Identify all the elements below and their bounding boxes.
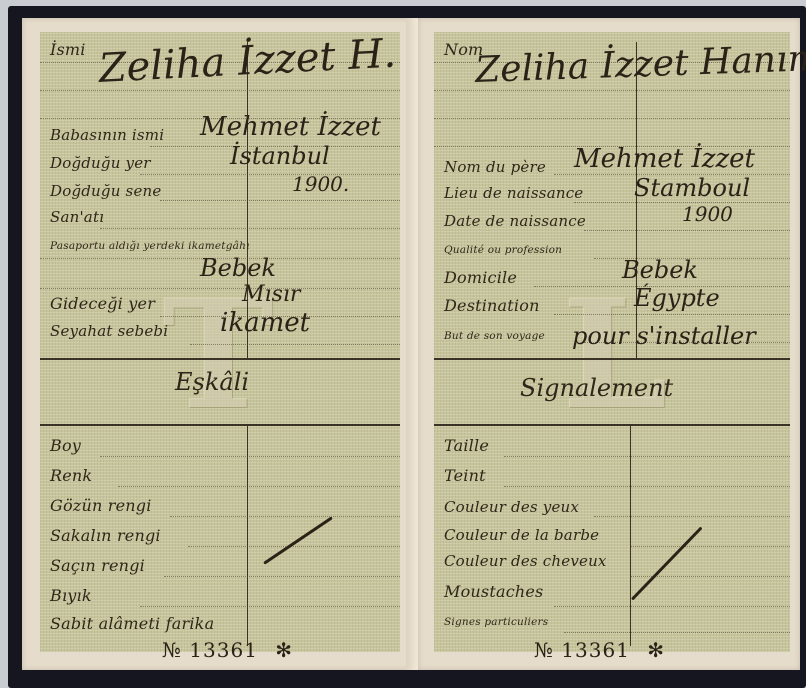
field-value-lieu-de-naissance: Stamboul — [634, 174, 750, 202]
dotted-guide — [100, 228, 400, 229]
field-value-nom-du-pere: Mehmet İzzet — [574, 144, 755, 174]
field-label-travel-reason: Seyahat sebebi — [50, 322, 168, 340]
field-value-date-de-naissance: 1900 — [682, 202, 733, 226]
dotted-guide — [164, 576, 400, 577]
column-divider — [630, 424, 631, 646]
desc-label-hair-color: Saçın rengi — [50, 556, 145, 575]
dotted-guide — [40, 90, 400, 91]
serial-number: № 13361 ✻ — [534, 638, 665, 662]
field-label-birthplace: Doğduğu yer — [50, 154, 151, 172]
serial-value: 13361 — [189, 638, 258, 662]
field-label-profession: San'atı — [50, 208, 104, 226]
field-value-destination: Égypte — [634, 284, 720, 312]
field-label-destination: Gideceği yer — [50, 294, 155, 313]
section-rule — [434, 424, 790, 426]
section-rule — [434, 358, 790, 360]
desc-label-moustache: Bıyık — [50, 586, 92, 605]
field-value-residence: Bebek — [200, 254, 276, 282]
serial-number: № 13361 ✻ — [162, 638, 293, 662]
dotted-guide — [554, 314, 790, 315]
desc-label-signes-particuliers: Signes particuliers — [444, 616, 548, 628]
serial-value: 13361 — [561, 638, 630, 662]
dotted-guide — [140, 606, 400, 607]
dotted-guide — [564, 632, 790, 633]
field-label-domicile: Domicile — [444, 268, 517, 287]
field-label-profession: Qualité ou profession — [444, 244, 562, 256]
section-rule — [40, 424, 400, 426]
field-value-father-name: Mehmet İzzet — [200, 112, 381, 142]
dotted-guide — [594, 516, 790, 517]
field-label-birth-year: Doğduğu sene — [50, 182, 161, 200]
column-divider — [247, 424, 248, 646]
serial-prefix: № — [162, 638, 182, 662]
desc-label-couleur-cheveux: Couleur des cheveux — [444, 552, 607, 570]
field-value-birth-year: 1900. — [292, 172, 349, 196]
desc-label-distinguishing-marks: Sabit alâmeti farika — [50, 614, 214, 633]
field-value-travel-reason: ikamet — [220, 308, 310, 338]
dotted-guide — [170, 516, 400, 517]
dotted-guide — [188, 546, 400, 547]
field-label-residence: Pasaportu aldığı yerdeki ikametgâhı — [50, 240, 250, 252]
asterisk-icon: ✻ — [647, 638, 665, 662]
field-label-name: İsmi — [50, 40, 86, 59]
desc-label-taille: Taille — [444, 436, 489, 455]
field-label-father-name: Babasının ismi — [50, 126, 164, 144]
field-value-name: Zeliha İzzet H. — [98, 30, 397, 92]
slash-mark — [263, 516, 333, 564]
field-label-nom-du-pere: Nom du père — [444, 158, 546, 176]
dotted-guide — [630, 546, 790, 547]
field-value-but-du-voyage: pour s'installer — [572, 322, 756, 350]
section-rule — [40, 358, 400, 360]
dotted-guide — [100, 456, 400, 457]
dotted-guide — [118, 486, 400, 487]
dotted-guide — [160, 200, 400, 201]
desc-label-couleur-barbe: Couleur de la barbe — [444, 526, 599, 544]
desc-label-beard-color: Sakalın rengi — [50, 526, 161, 545]
slash-mark — [631, 527, 703, 601]
dotted-guide — [190, 344, 400, 345]
field-label-date-de-naissance: Date de naissance — [444, 212, 586, 230]
field-value-destination: Mısır — [242, 282, 300, 307]
dotted-guide — [504, 486, 790, 487]
field-value-domicile: Bebek — [622, 256, 698, 284]
dotted-guide — [504, 456, 790, 457]
left-page-guilloche-panel: T İsmi Babasının ismi Doğduğu yer Doğduğ… — [40, 32, 400, 652]
field-value-nom: Zeliha İzzet Hanım — [475, 38, 806, 91]
dotted-guide — [40, 288, 400, 289]
desc-label-eye-color: Gözün rengi — [50, 496, 152, 515]
desc-label-couleur-yeux: Couleur des yeux — [444, 498, 579, 516]
section-title-signalement: Signalement — [520, 374, 673, 402]
desc-label-moustaches: Moustaches — [444, 582, 543, 601]
desc-label-teint: Teint — [444, 466, 486, 485]
dotted-guide — [554, 606, 790, 607]
right-page-guilloche-panel: L Nom Nom du père Lieu de naissance Date… — [434, 32, 790, 652]
asterisk-icon: ✻ — [275, 638, 293, 662]
section-title-description: Eşkâli — [175, 368, 249, 396]
left-page: T İsmi Babasının ismi Doğduğu yer Doğduğ… — [22, 18, 414, 670]
field-label-destination: Destination — [444, 296, 540, 315]
field-value-birthplace: İstanbul — [230, 142, 330, 170]
dotted-guide — [434, 118, 790, 119]
field-label-lieu-de-naissance: Lieu de naissance — [444, 184, 583, 202]
desc-label-height: Boy — [50, 436, 81, 455]
serial-prefix: № — [534, 638, 554, 662]
dotted-guide — [140, 174, 400, 175]
desc-label-complexion: Renk — [50, 466, 92, 485]
dotted-guide — [584, 230, 790, 231]
field-label-but-du-voyage: But de son voyage — [444, 330, 545, 342]
right-page: L Nom Nom du père Lieu de naissance Date… — [418, 18, 800, 670]
